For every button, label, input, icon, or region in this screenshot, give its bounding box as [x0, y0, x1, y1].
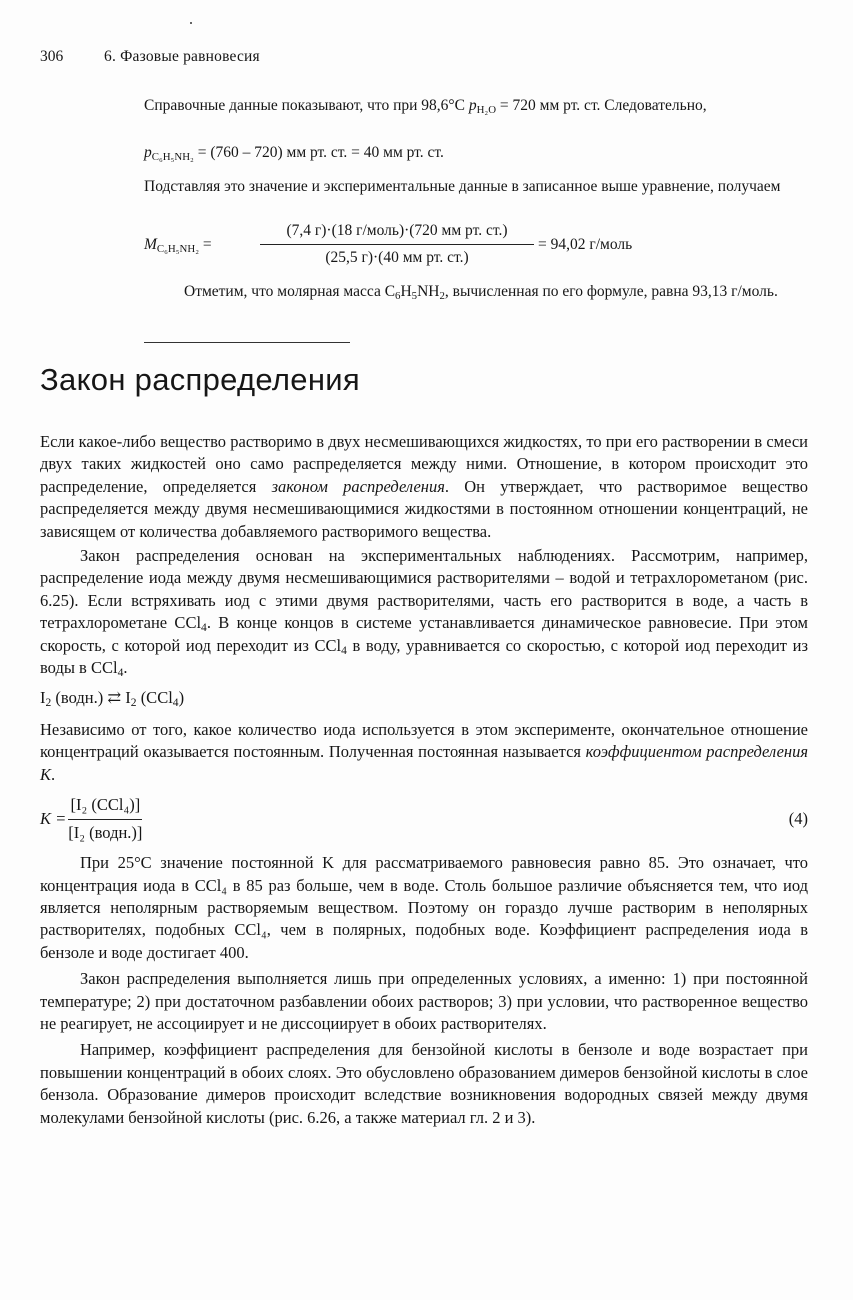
paragraph-6: Например, коэффициент распределения для …: [40, 1039, 808, 1129]
text: Отметим, что молярная масса C: [184, 283, 395, 300]
text: = 720 мм рт. ст. Следовательно,: [496, 97, 707, 114]
equation-molar-mass: MC₆H₅NH₂ = (7,4 г)·(18 г/моль)·(720 мм р…: [144, 220, 808, 269]
equation-partial-pressure: pC₆H₅NH₂ = (760 – 720) мм рт. ст. = 40 м…: [144, 142, 808, 164]
numerator: [I₂ (CCl₄)]: [68, 794, 142, 819]
paragraph-5: Закон распределения выполняется лишь при…: [40, 968, 808, 1035]
reference-paragraph: Справочные данные показывают, что при 98…: [144, 95, 808, 117]
note-paragraph: Отметим, что молярная масса C6H5NH2, выч…: [144, 281, 808, 303]
paragraph-1: Если какое-либо вещество растворимо в дв…: [40, 431, 808, 543]
substitution-paragraph: Подставляя это значение и эксперименталь…: [144, 176, 808, 198]
denominator: [I₂ (водн.)]: [66, 820, 144, 844]
k-lhs: K =: [40, 808, 66, 830]
paragraph-4: При 25°C значение постоянной K для рассм…: [40, 852, 808, 964]
equation-k: K = [I₂ (CCl₄)] [I₂ (водн.)] (4): [40, 792, 808, 846]
section-divider: [144, 342, 350, 343]
text: (CCl: [137, 688, 173, 707]
text: .: [51, 765, 55, 784]
var-m: M: [144, 236, 157, 253]
text: Справочные данные показывают, что при 98…: [144, 97, 469, 114]
reaction-equation: I2 (водн.) ⇄ I2 (CCl4): [40, 687, 808, 709]
text: ): [179, 688, 185, 707]
var-p: p: [144, 144, 152, 161]
text: H: [400, 283, 411, 300]
text: (водн.) ⇄ I: [51, 688, 131, 707]
sub: H₂O: [477, 104, 496, 116]
sub: C₆H₅NH₂: [157, 243, 199, 255]
sub: C₆H₅NH₂: [152, 151, 194, 163]
fraction: (7,4 г)·(18 г/моль)·(720 мм рт. ст.) (25…: [256, 220, 538, 269]
paragraph-3: Независимо от того, какое количество иод…: [40, 719, 808, 786]
lhs: MC₆H₅NH₂ =: [144, 234, 256, 256]
result: = 94,02 г/моль: [538, 234, 632, 256]
eq: =: [199, 236, 212, 253]
denominator: (25,5 г)·(40 мм рт. ст.): [323, 245, 470, 269]
k-fraction: [I₂ (CCl₄)] [I₂ (водн.)]: [66, 794, 144, 844]
text: NH: [417, 283, 439, 300]
page-number: 306: [40, 48, 63, 66]
var-p: p: [469, 97, 477, 114]
text: , вычисленная по его формуле, равна 93,1…: [445, 283, 778, 300]
paragraph-2: Закон распределения основан на экспериме…: [40, 545, 808, 679]
equation-number: (4): [789, 808, 808, 830]
text: .: [123, 658, 127, 677]
section-title: Закон распределения: [40, 362, 360, 398]
numerator: (7,4 г)·(18 г/моль)·(720 мм рт. ст.): [260, 220, 534, 245]
text: = (760 – 720) мм рт. ст. = 40 мм рт. ст.: [194, 144, 444, 161]
scan-speck: [190, 22, 192, 24]
running-header: 6. Фазовые равновесия: [104, 48, 260, 66]
term: законом распределения: [272, 477, 445, 496]
section-body: Если какое-либо вещество растворимо в дв…: [40, 431, 808, 1129]
